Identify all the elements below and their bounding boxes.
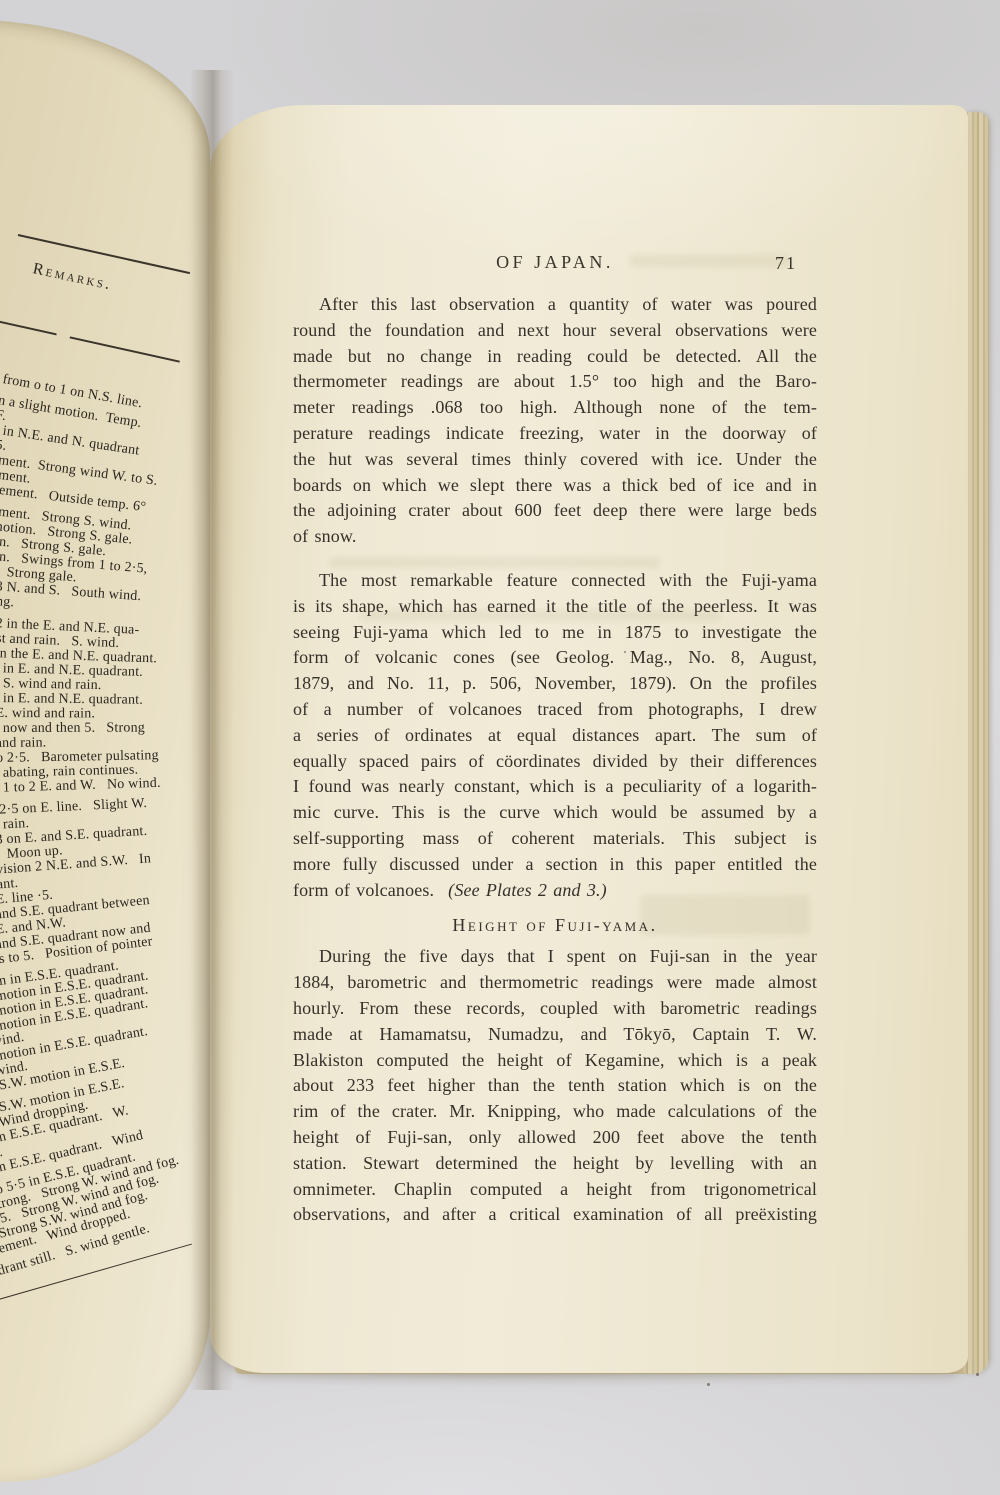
book-photo: Remarks. g from o to 1 on N.S. line.en a… [0,0,1000,1495]
body-text-line: mic curve. This is the curve which would… [293,800,817,826]
left-page: Remarks. g from o to 1 on N.S. line.en a… [0,20,210,1482]
body-text-fragment: form of volcanoes. [293,880,434,900]
paragraph-shape-last-line: form of volcanoes.(See Plates 2 and 3.) [293,878,817,904]
body-text-line: seeing Fuji-yama which led to me in 1875… [293,620,817,646]
paragraph-height: During the five days that I spent on Fuj… [293,944,817,1228]
body-text-line: round the foundation and next hour sever… [293,318,817,344]
body-text-line: boards on which we slept there was a thi… [293,473,817,499]
body-text-line: self-supporting mass of coherent materia… [293,826,817,852]
body-text-line: equally spaced pairs of cöordinates divi… [293,749,817,775]
body-text-line: During the five days that I spent on Fuj… [293,944,817,970]
remarks-column-header: Remarks. [31,260,113,294]
body-text-line: omnimeter. Chaplin computed a height fro… [293,1177,817,1203]
body-text-line: I found was nearly constant, which is a … [293,774,817,800]
body-text-line: hourly. From these records, coupled with… [293,996,817,1022]
body-text-line: form of volcanic cones (see Geolog. Mag.… [293,645,817,671]
body-text-line: After this last observation a quantity o… [293,292,817,318]
running-title: OF JAPAN. [293,252,817,273]
body-text-line: The most remarkable feature connected wi… [293,568,817,594]
body-text-line: thermometer readings are about 1.5° too … [293,369,817,395]
body-text-line: is its shape, which has earned it the ti… [293,594,817,620]
body-text-line: a series of ordinates at equal distances… [293,723,817,749]
body-text-line: station. Stewart determined the height b… [293,1151,817,1177]
body-text: After this last observation a quantity o… [293,292,817,1228]
body-text-line: the adjoining crater about 600 feet deep… [293,498,817,524]
right-page: OF JAPAN. 71 After this last observation… [210,105,968,1373]
remarks-lines: g from o to 1 on N.S. line.en a slight m… [0,370,232,1281]
body-text-line: perature readings indicate freezing, wat… [293,421,817,447]
plates-reference-italic: (See Plates 2 and 3.) [448,880,607,900]
paragraph-observations: After this last observation a quantity o… [293,292,817,550]
page-number: 71 [775,253,797,274]
body-text-line: more fully discussed under a section in … [293,852,817,878]
body-text-line: of snow. [293,524,817,550]
body-text-line: meter readings .068 too high. Although n… [293,395,817,421]
page-header: OF JAPAN. 71 [293,252,817,280]
paper-speck [976,1373,979,1376]
body-text-line: height of Fuji-san, only allowed 200 fee… [293,1125,817,1151]
table-rule-header-bottom [0,312,180,363]
body-text-line: 1879, and No. 11, p. 506, November, 1879… [293,671,817,697]
body-text-line: rim of the crater. Mr. Knipping, who mad… [293,1099,817,1125]
body-text-line: made but no change in reading could be d… [293,344,817,370]
section-heading: Height of Fuji-yama. [293,915,817,936]
body-text-line: 1884, barometric and thermometric readin… [293,970,817,996]
body-text-line: about 233 feet higher than the tenth sta… [293,1073,817,1099]
body-text-line: observations, and after a critical exami… [293,1202,817,1228]
body-text-line: the hut was several times thinly covered… [293,447,817,473]
paragraph-shape: The most remarkable feature connected wi… [293,568,817,878]
body-text-line: of a number of volcanoes traced from pho… [293,697,817,723]
body-text-line: Blakiston computed the height of Kegamin… [293,1048,817,1074]
body-text-line: made at Hamamatsu, Numadzu, and Tōkyō, C… [293,1022,817,1048]
paper-speck [707,1383,710,1386]
